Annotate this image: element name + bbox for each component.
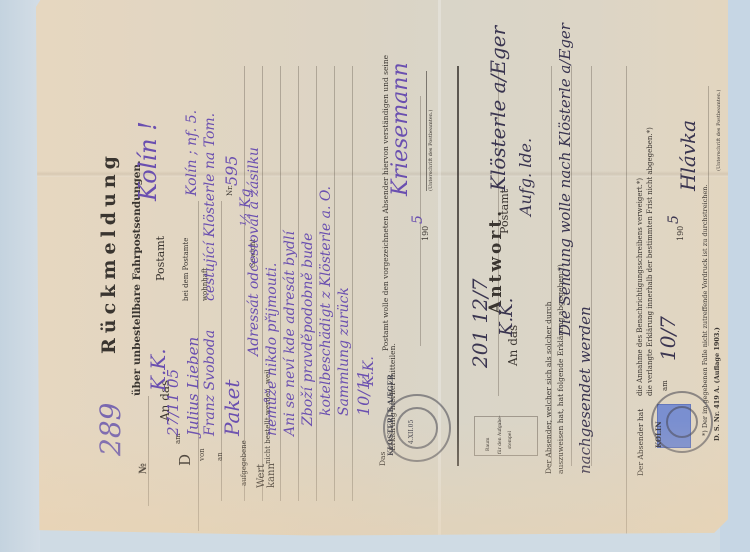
wert-label: Wert [256,464,267,488]
rule-line [626,66,627,536]
signature-2: Hlávka [676,120,700,191]
rule-line [316,66,317,501]
signature-line [426,71,427,191]
signature-1: Kriesemann [388,62,413,196]
postal-form-document: № 289 Rückmeldung über unbestellbare Fah… [36,0,728,541]
nr-label: Nr. [226,185,234,196]
absender-hat-label: Der Absender hat [636,409,645,476]
aufgegebene-label: aufgegebene [240,440,248,486]
document-title: Rückmeldung [98,151,120,354]
signature-1-caption: (Unterschrift des Postbeamten.) [428,110,434,191]
signature-2-caption: (Unterschrift des Postbeamten.) [716,90,722,171]
reason-line-6: Sammlung zurück [336,287,352,416]
an-label: an [216,452,224,461]
postmark-kolin-inner [666,406,698,438]
reason-line-2: nemůže nikdo přijmouti. [264,263,280,436]
antwort-am-label: am [661,380,669,391]
bei-dem-postamte-label: bei dem Postamte [182,238,190,301]
postamt-value: Kolín ! [134,121,162,201]
stamp-box-label-3: stempel [508,431,513,449]
rule-line [352,66,353,501]
d-label: D [176,454,194,466]
rule-line [280,66,281,501]
postmark-kolin [651,391,713,453]
am-value: 27/11 05 [164,369,182,436]
response-line-1: Die Sendung wolle nach Klösterle a/Eger [556,23,574,336]
rule-line [298,66,299,501]
am-label: am [174,433,182,444]
form-number: D. S. Nr. 419 A. (Auflage 1903.) [713,327,721,441]
kann-label: kann [266,463,277,488]
year-value: 5 [410,215,426,224]
nr-value: 595 [222,155,241,186]
response-line-2: nachgesendet werden [576,306,594,474]
reason-line-3: Ani se neví kde adresát bydlí [282,231,298,436]
postamt-label: Postamt [154,236,167,281]
reason-line-1: Adressát odcestoval a zásilku [246,147,262,356]
von-label: von [198,448,206,461]
an-value-2: cestující Klösterle na Tom. [202,113,218,301]
number-line [148,396,149,506]
postmark-1-text: KLOSTERLE A/EGER [386,374,395,456]
antwort-postamt-label: Postamt [498,189,511,234]
an-value: Franz Svoboda [202,330,218,436]
fold-crease-vertical [438,0,441,541]
kk-value: K.K. [361,356,377,386]
number-label: № [138,463,149,474]
stamp-space-box [474,416,538,456]
postmark-inner-circle [396,407,438,449]
antwort-year-value: 5 [666,215,682,224]
stamp-box-label-1: Raum [486,438,491,451]
postmark-1-date: 4.XII.05 [408,420,415,444]
von-value: Julius Lieben [184,337,202,436]
rule-line [262,66,263,501]
das-label: Das [378,452,387,466]
verlangte-label: die verlangte Erklärung innerhalb der be… [646,127,654,396]
antwort-response: Aufg. lde. [516,138,535,216]
rule-line [221,201,222,501]
antwort-postamt-value: Klösterle a/Eger [486,26,510,191]
antwort-am-value: 10/7 [656,316,680,361]
section-divider [457,66,459,466]
der-absender-label: Der Absender, welcher sich als solcher d… [544,302,553,474]
number-value: 289 [94,403,127,456]
postmark-2-text: KOLIN [654,421,663,448]
annahme-label: die Annahme des Benachrichtigungsschreib… [636,178,644,396]
rule-line [244,66,245,501]
reason-line-4: Zboží pravděpodobně bude [300,233,316,426]
background-left [0,0,40,552]
year-label: 190 [421,226,430,241]
wohnhaft-value: Kolín ; nf. 5. [184,110,200,196]
antwort-an-das-value: K.K. [496,298,517,336]
aufgegebene-value: Paket [220,380,244,436]
rule-line [334,66,335,501]
antwort-year-label: 190 [676,226,685,241]
reason-line-5: kotelbeschädigt z Klösterle a. O. [318,186,334,416]
stamp-box-label-2: für den Aufgabe- [498,416,503,454]
